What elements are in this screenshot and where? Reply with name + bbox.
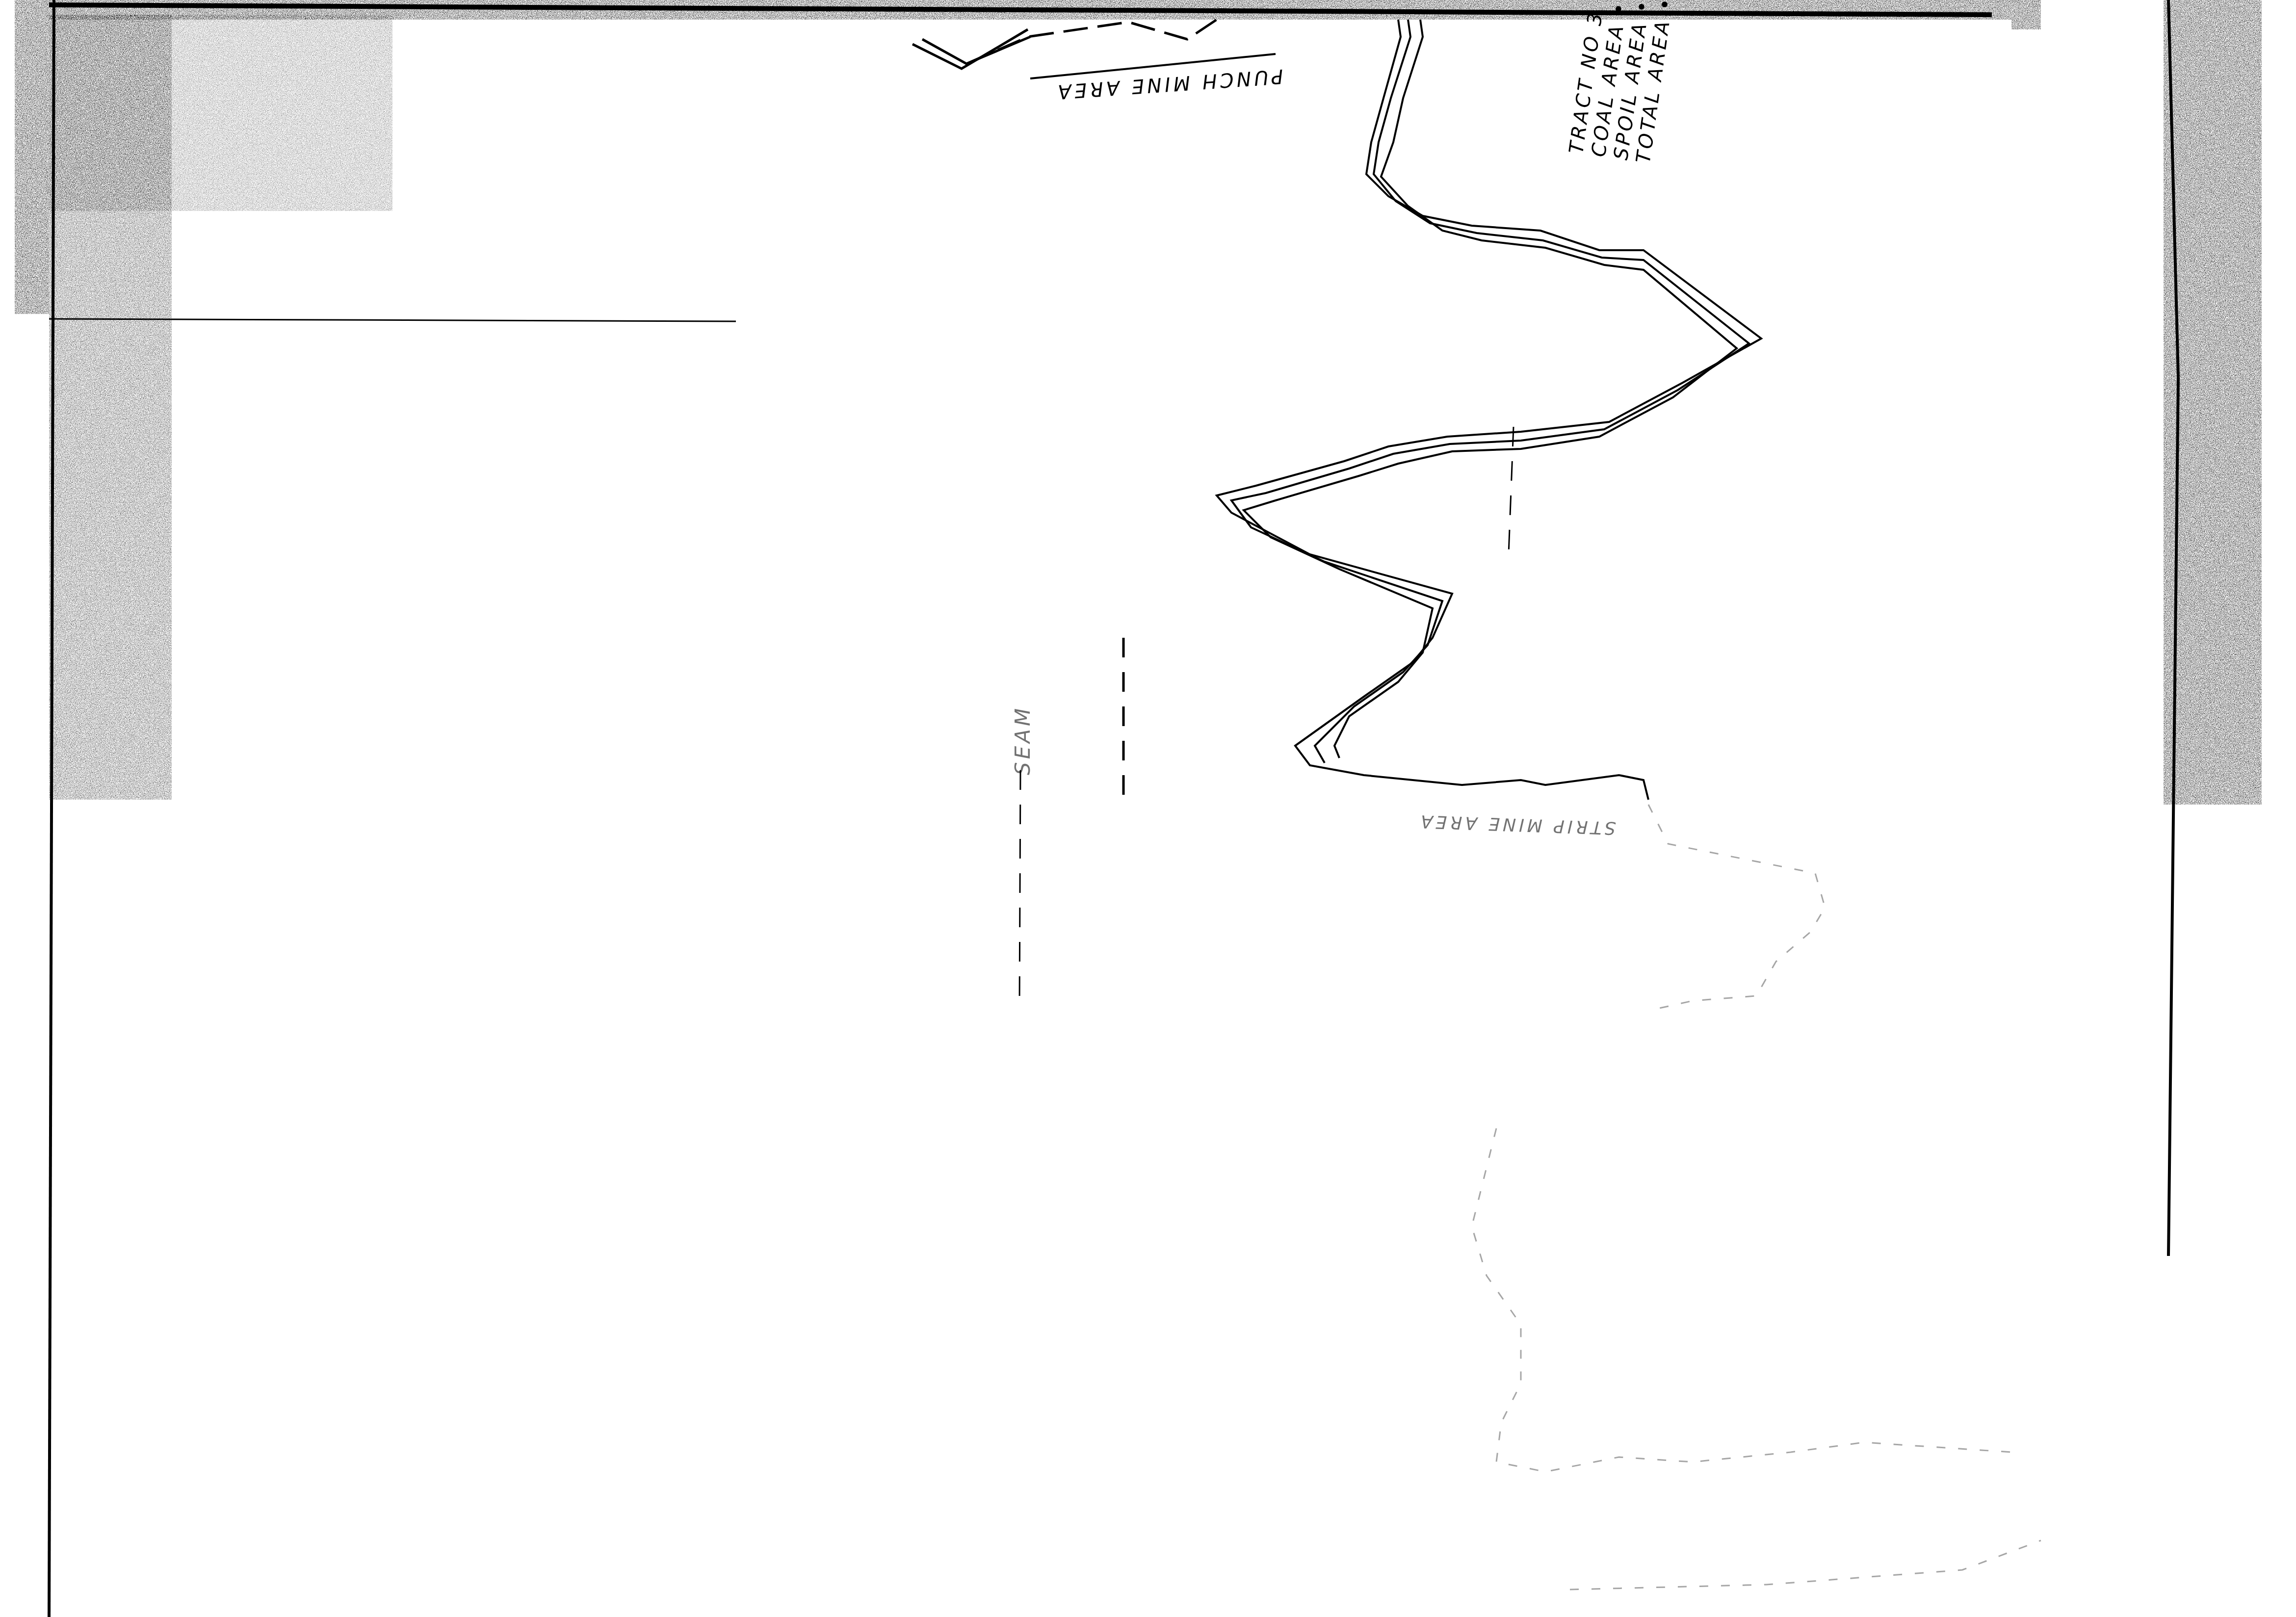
dash-lines bbox=[1019, 427, 1513, 1006]
scan-border bbox=[15, 0, 2262, 805]
seam-label: SEAM bbox=[1011, 705, 1035, 775]
survey-map bbox=[0, 0, 2296, 1617]
frame-lines bbox=[49, 0, 2178, 1617]
strip-traverse bbox=[1217, 20, 1761, 800]
faint-lower-traverse bbox=[1472, 805, 2041, 1590]
